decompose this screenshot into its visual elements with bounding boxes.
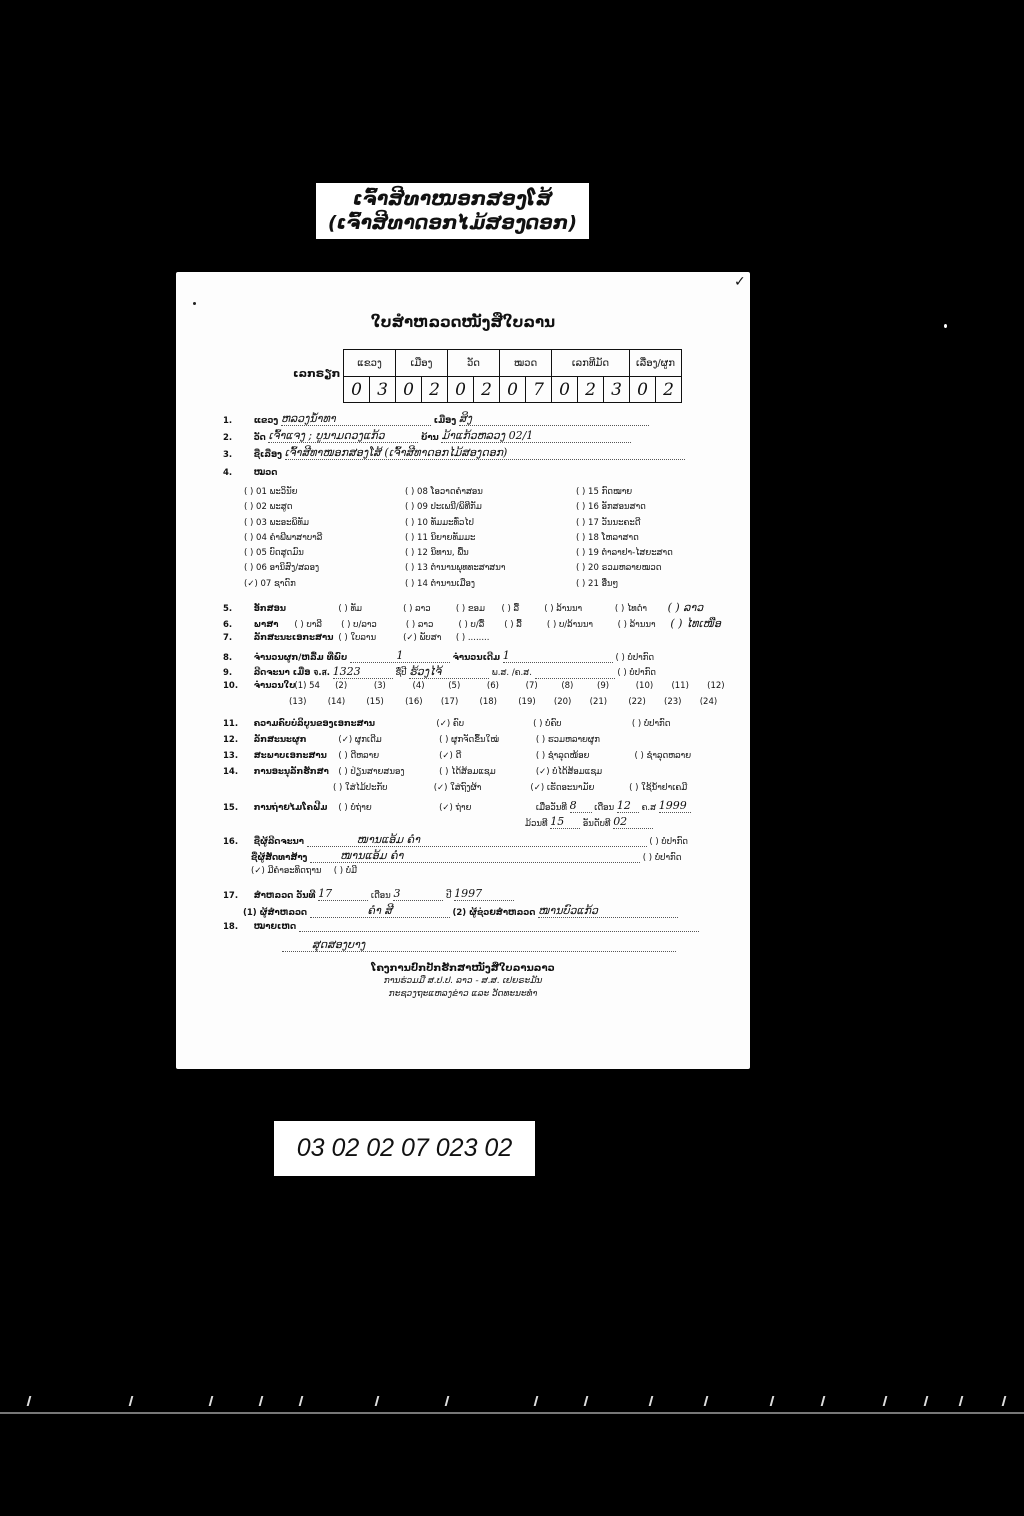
material-option-checked[interactable]: (✓) ພັບສາ [403, 633, 453, 643]
paper-dot [193, 302, 196, 305]
field-sponsor: ຊື່ຜູ້ສັດທາສ້າງ ໜານແອ້ມ ຄຳ ( ) ບໍ່ປາກົດ [251, 849, 681, 863]
language-option[interactable]: ( ) ບາລີ [294, 620, 338, 630]
field-condition: 13. ສະພາບເອກະສານ ( ) ດີຫລາຍ (✓) ດີ ( ) ຊ… [223, 751, 691, 761]
code-header-temple: ວັດ [448, 350, 500, 377]
field-remarks: 18. ໝາຍເຫດ [223, 922, 699, 932]
field-survey-date: 17. ສຳຫລວດ ວັນທີ 17 ເດືອນ 3 ປີ 1997 [223, 887, 514, 901]
language-option-other[interactable]: ( ) ໄທເໜືອ [670, 617, 721, 630]
footer-cooperation: ການຮ່ວມມື ສ.ປ.ປ. ລາວ - ສ.ສ. ເຢຍຣະມັນ [176, 975, 750, 988]
survey-day: 17 [318, 887, 368, 901]
field-bundle-count: 8. ຈຳນວນຜູກ/ຫລື້ມ ທີ່ພົບ 1 ຈຳນວນເດີມ 1 (… [223, 649, 654, 663]
field-written-date: 9. ລີດຈະນາ ເມື່ອ จ.ส. 1323 ຊື່ປີ ຮ້ວງໄຈ້… [223, 665, 656, 679]
prayer-option[interactable]: ( ) ບໍ່ມີ [334, 866, 357, 876]
category-column-3: ( ) 15 ກົດໝາຍ ( ) 16 ອັກສອນສາດ ( ) 17 ວັ… [576, 485, 673, 592]
code-header-category: ໝວດ [500, 350, 552, 377]
microfilm-year: 1999 [659, 799, 691, 813]
condition-option-checked[interactable]: (✓) ດີ [439, 751, 533, 761]
category-item[interactable]: ( ) 08 ໂອວາດຄຳສອນ [405, 485, 505, 500]
completeness-option[interactable]: ( ) ບໍ່ປາກົດ [632, 719, 671, 729]
category-item[interactable]: ( ) 11 ນິຍາຍທັມມະ [405, 531, 505, 546]
category-column-1: ( ) 01 ພະວິນັຍ ( ) 02 ພະສູດ ( ) 03 ພະອະພ… [244, 485, 322, 592]
category-item[interactable]: ( ) 16 ອັກສອນສາດ [576, 500, 673, 515]
material-option[interactable]: ( ) ........ [456, 633, 490, 643]
completeness-option[interactable]: ( ) ບໍ່ຄົບ [533, 719, 629, 729]
field-surveyors: (1) ຜູ້ສຳຫລວດ ຄຳ ສີ (2) ຜູ້ຊ່ວຍສຳຫລວດ ໜາ… [243, 904, 678, 918]
field-province: 1. ແຂວງ ຫລວງນ້ຳທາ ເມືອງ ສິງ [223, 412, 649, 426]
category-item[interactable]: ( ) 21 ອື່ນໆ [576, 577, 673, 592]
code-digit: 0 [396, 377, 422, 403]
bundle-type-option-checked[interactable]: (✓) ຜູກເດີມ [338, 735, 436, 745]
bundles-original-value: 1 [503, 649, 613, 663]
year-name-value: ຮ້ວງໄຈ້ [409, 665, 489, 679]
village-value: ມ້າແກ້ວຫລວງ 02/1 [441, 429, 631, 443]
field-category: 4. ໝວດ [223, 468, 277, 478]
title-label-line1: ເຈົ້າສີທາໜອກສອງໂສ້ [353, 187, 552, 211]
unknown-option[interactable]: ( ) ບໍ່ປາກົດ [615, 653, 654, 663]
district-value: ສິງ [459, 412, 649, 426]
category-item[interactable]: ( ) 09 ປະເພນີ/ພິທີກັມ [405, 500, 505, 515]
category-item[interactable]: ( ) 06 ອານິສົງ/ສລອງ [244, 561, 322, 576]
script-option[interactable]: ( ) ລື້ [502, 604, 542, 614]
field-completeness: 11. ຄວາມຄົບບໍລິບູນຂອງເອກະສານ (✓) ຄົບ ( )… [223, 719, 670, 729]
field-story-title: 3. ຊື່ເລື່ອງ ເຈົ້າສີທາໜອກສອງໂສ້ (ເຈົ້າສີ… [223, 446, 685, 460]
code-digit: 0 [630, 377, 656, 403]
unknown-option[interactable]: ( ) ບໍ່ປາກົດ [649, 837, 688, 847]
field-leaf-count-row2: (13) (14) (15) (16) (17) (18) (19) (20) … [289, 697, 717, 707]
category-item[interactable]: ( ) 12 ນິທານ, ພື້ນ [405, 546, 505, 561]
conservation-option-checked[interactable]: (✓) ໃສ່ຖົງຜ້າ [434, 783, 528, 793]
survey-month: 3 [393, 887, 443, 901]
footer-project: ໂຄງການປົກປັກຮັກສາໜັງສືໃບລານລາວ [176, 962, 750, 975]
field-conservation-row2: ( ) ໃສ່ໄມ້ປະກັບ (✓) ໃສ່ຖົງຜ້າ (✓) ເຮັດອະ… [333, 783, 687, 793]
remarks-value: ສຸດສອງບາງ [282, 938, 676, 952]
material-option[interactable]: ( ) ໃບລານ [338, 633, 400, 643]
language-option[interactable]: ( ) ລື້ [504, 620, 544, 630]
unknown-option[interactable]: ( ) ບໍ່ປາກົດ [617, 668, 656, 678]
prayer-option-checked[interactable]: (✓) ມີຄຳອະທິດຖານ [251, 866, 331, 876]
script-option[interactable]: ( ) ໄທດຳ [615, 604, 665, 614]
category-item[interactable]: ( ) 18 ໂຫລາສາດ [576, 531, 673, 546]
field-scribe: 16. ຊື່ຜູ້ລີດຈະນາ ໜານແອ້ມ ຄຳ ( ) ບໍ່ປາກົ… [223, 833, 688, 847]
script-option[interactable]: ( ) ລ້ານນາ [544, 604, 612, 614]
microfilm-option-checked[interactable]: (✓) ຖ່າຍ [439, 803, 533, 813]
survey-form-sheet: ✓ ໃບສຳຫລວດໜັງສືໃບລານ ເລກຣຽກ ແຂວງ ເມືອງ ວ… [176, 272, 750, 1069]
code-table: ແຂວງ ເມືອງ ວັດ ໝວດ ເລກທີມັດ ເລື່ອງ/ຜູກ 0… [343, 349, 682, 403]
bundle-type-option[interactable]: ( ) ຮວມຫລາຍຜູກ [536, 735, 600, 745]
conservation-option[interactable]: ( ) ໃຊ້ນ້ຳຢາເຄມີ [629, 783, 687, 793]
scribe-value: ໜານແອ້ມ ຄຳ [307, 833, 647, 847]
script-option-other[interactable]: ( ) ລາວ [668, 601, 704, 614]
microfilm-option[interactable]: ( ) ບໍ່ຖ່າຍ [338, 803, 436, 813]
assistant-value: ໜານບົວແກ້ວ [538, 904, 678, 918]
code-digit: 3 [604, 377, 630, 403]
unknown-option[interactable]: ( ) ບໍ່ປາກົດ [643, 853, 682, 863]
code-digit: 0 [500, 377, 526, 403]
code-header-province: ແຂວງ [344, 350, 396, 377]
script-option[interactable]: ( ) ຂອມ [456, 604, 499, 614]
category-item[interactable]: ( ) 17 ວັນນະຄະດີ [576, 516, 673, 531]
sponsor-value: ໜານແອ້ມ ຄຳ [310, 849, 640, 863]
survey-year: 1997 [454, 887, 514, 901]
temple-value: ເຈົ້າແຈງ ; ບູນາມດວງແກ້ວ [268, 429, 418, 443]
category-item[interactable]: ( ) 04 ຄຳພີພາສາບາລີ [244, 531, 322, 546]
language-option[interactable]: ( ) ບ/ລື້ [459, 620, 502, 630]
field-bundle-type: 12. ລັກສະນະຜູກ (✓) ຜູກເດີມ ( ) ຜູກຈັດຂຶ້… [223, 735, 600, 745]
story-title-value: ເຈົ້າສີທາໜອກສອງໂສ້ (ເຈົ້າສີທາດອກໄມ້ສອງດອ… [285, 446, 685, 460]
language-option[interactable]: ( ) ບ/ລາວ [341, 620, 403, 630]
manuscript-title-label: ເຈົ້າສີທາໜອກສອງໂສ້ (ເຈົ້າສີທາດອກໄມ້ສອງດອ… [316, 183, 589, 239]
language-option[interactable]: ( ) ລ້ານນາ [618, 620, 668, 630]
bundle-type-option[interactable]: ( ) ຜູກຈັດຂຶ້ນໃໝ່ [439, 735, 533, 745]
manuscript-id-label: 03 02 02 07 023 02 [274, 1121, 535, 1176]
code-digit: 7 [526, 377, 552, 403]
language-option[interactable]: ( ) ບ/ລ້ານນາ [547, 620, 615, 630]
field-prayer: (✓) ມີຄຳອະທິດຖານ ( ) ບໍ່ມີ [251, 866, 357, 876]
condition-option[interactable]: ( ) ດີຫລາຍ [338, 751, 436, 761]
field-microfilm-roll: ມ້ວນທີ 15 ອັນດັບທີ 02 [525, 815, 653, 829]
field-microfilm: 15. ການຖ່າຍໄມໂຄຟີມ ( ) ບໍ່ຖ່າຍ (✓) ຖ່າຍ … [223, 799, 691, 813]
conservation-option[interactable]: ( ) ໃສ່ໄມ້ປະກັບ [333, 783, 431, 793]
form-footer: ໂຄງການປົກປັກຮັກສາໜັງສືໃບລານລາວ ການຮ່ວມມື… [176, 962, 750, 1001]
check-mark-icon: ✓ [734, 274, 746, 290]
bundles-found-value: 1 [350, 649, 450, 663]
completeness-option-checked[interactable]: (✓) ຄົບ [436, 719, 530, 729]
category-item[interactable]: ( ) 19 ຕຳລາຢາ-ໄສຍະສາດ [576, 546, 673, 561]
code-digit: 0 [448, 377, 474, 403]
category-item[interactable]: ( ) 15 ກົດໝາຍ [576, 485, 673, 500]
code-digit: 2 [656, 377, 682, 403]
script-option[interactable]: ( ) ລາວ [403, 604, 453, 614]
conservation-option[interactable]: ( ) ປ່ຽນສາຍສນອງ [338, 767, 436, 777]
category-item[interactable]: ( ) 01 ພະວິນັຍ [244, 485, 322, 500]
code-digit: 0 [344, 377, 370, 403]
film-edge-marks [0, 1396, 1024, 1410]
province-value: ຫລວງນ້ຳທາ [281, 412, 431, 426]
title-label-line2: (ເຈົ້າສີທາດອກໄມ້ສອງດອກ) [328, 211, 577, 235]
code-label: ເລກຣຽກ [293, 367, 340, 380]
category-item[interactable]: ( ) 02 ພະສູດ [244, 500, 322, 515]
category-item[interactable]: ( ) 20 ຣວມຫລາຍໝວດ [576, 561, 673, 576]
microfilm-month: 12 [617, 799, 639, 813]
field-conservation: 14. ການອະນຸລັກຮັກສາ ( ) ປ່ຽນສາຍສນອງ ( ) … [223, 767, 602, 777]
category-item[interactable]: ( ) 14 ຕຳນານເມືອງ [405, 577, 505, 592]
script-option[interactable]: ( ) ທັມ [338, 604, 400, 614]
category-item[interactable]: ( ) 03 ພະອະພິທັມ [244, 516, 322, 531]
conservation-option[interactable]: ( ) ໄດ້ສ້ອມແຊມ [439, 767, 533, 777]
field-remarks-line2: ສຸດສອງບາງ [282, 938, 676, 952]
film-speck [944, 324, 947, 328]
conservation-option-checked[interactable]: (✓) ເຮັດອະນາມັຍ [530, 783, 626, 793]
code-header-bundle: ເລກທີມັດ [552, 350, 630, 377]
category-item[interactable]: ( ) 10 ທັມມະທົ່ວໄປ [405, 516, 505, 531]
conservation-option-checked[interactable]: (✓) ບໍ່ໄດ້ສ້ອມແຊມ [536, 767, 602, 777]
code-digit: 2 [474, 377, 500, 403]
field-material: 7. ລັກສະນະເອກະສານ ( ) ໃບລານ (✓) ພັບສາ ( … [223, 633, 489, 643]
code-header-story: ເລື່ອງ/ຜູກ [630, 350, 682, 377]
category-column-2: ( ) 08 ໂອວາດຄຳສອນ ( ) 09 ປະເພນີ/ພິທີກັມ … [405, 485, 505, 592]
film-edge-line [0, 1412, 1024, 1414]
field-leaf-count: 10. ຈຳນວນໃບ (1) 54 (2) (3) (4) (5) (6) (… [223, 681, 725, 691]
code-digit: 2 [578, 377, 604, 403]
field-language: 6. ພາສາ ( ) ບາລີ ( ) ບ/ລາວ ( ) ລາວ ( ) ບ… [223, 617, 721, 630]
microfilm-day: 8 [570, 799, 592, 813]
footer-ministry: ກະຊວງຖະແຫລງຂ່າວ ແລະ ວັດທະນະທຳ [176, 988, 750, 1001]
form-title: ໃບສຳຫລວດໜັງສືໃບລານ [176, 313, 750, 331]
surveyor-value: ຄຳ ສີ [310, 904, 450, 918]
condition-option[interactable]: ( ) ຊຳລຸດຫລາຍ [635, 751, 692, 761]
code-header-district: ເມືອງ [396, 350, 448, 377]
code-digit: 0 [552, 377, 578, 403]
code-digit: 2 [422, 377, 448, 403]
condition-option[interactable]: ( ) ຊຳລຸດໜ້ອຍ [536, 751, 632, 761]
microfilm-frame: 02 [613, 815, 653, 829]
field-temple: 2. ວັດ ເຈົ້າແຈງ ; ບູນາມດວງແກ້ວ ບ້ານ ມ້າແ… [223, 429, 631, 443]
microfilm-roll: 15 [550, 815, 580, 829]
category-item[interactable]: ( ) 13 ຕຳນານພຸທທະສາສນາ [405, 561, 505, 576]
category-item[interactable]: ( ) 05 ບົດສູດມົນ [244, 546, 322, 561]
code-digit: 3 [370, 377, 396, 403]
field-script: 5. ອັກສອນ ( ) ທັມ ( ) ລາວ ( ) ຂອມ ( ) ລື… [223, 601, 703, 614]
language-option[interactable]: ( ) ລາວ [406, 620, 456, 630]
cs-year-value: 1323 [333, 665, 393, 679]
category-item-checked[interactable]: (✓) 07 ຊາດົກ [244, 577, 322, 592]
